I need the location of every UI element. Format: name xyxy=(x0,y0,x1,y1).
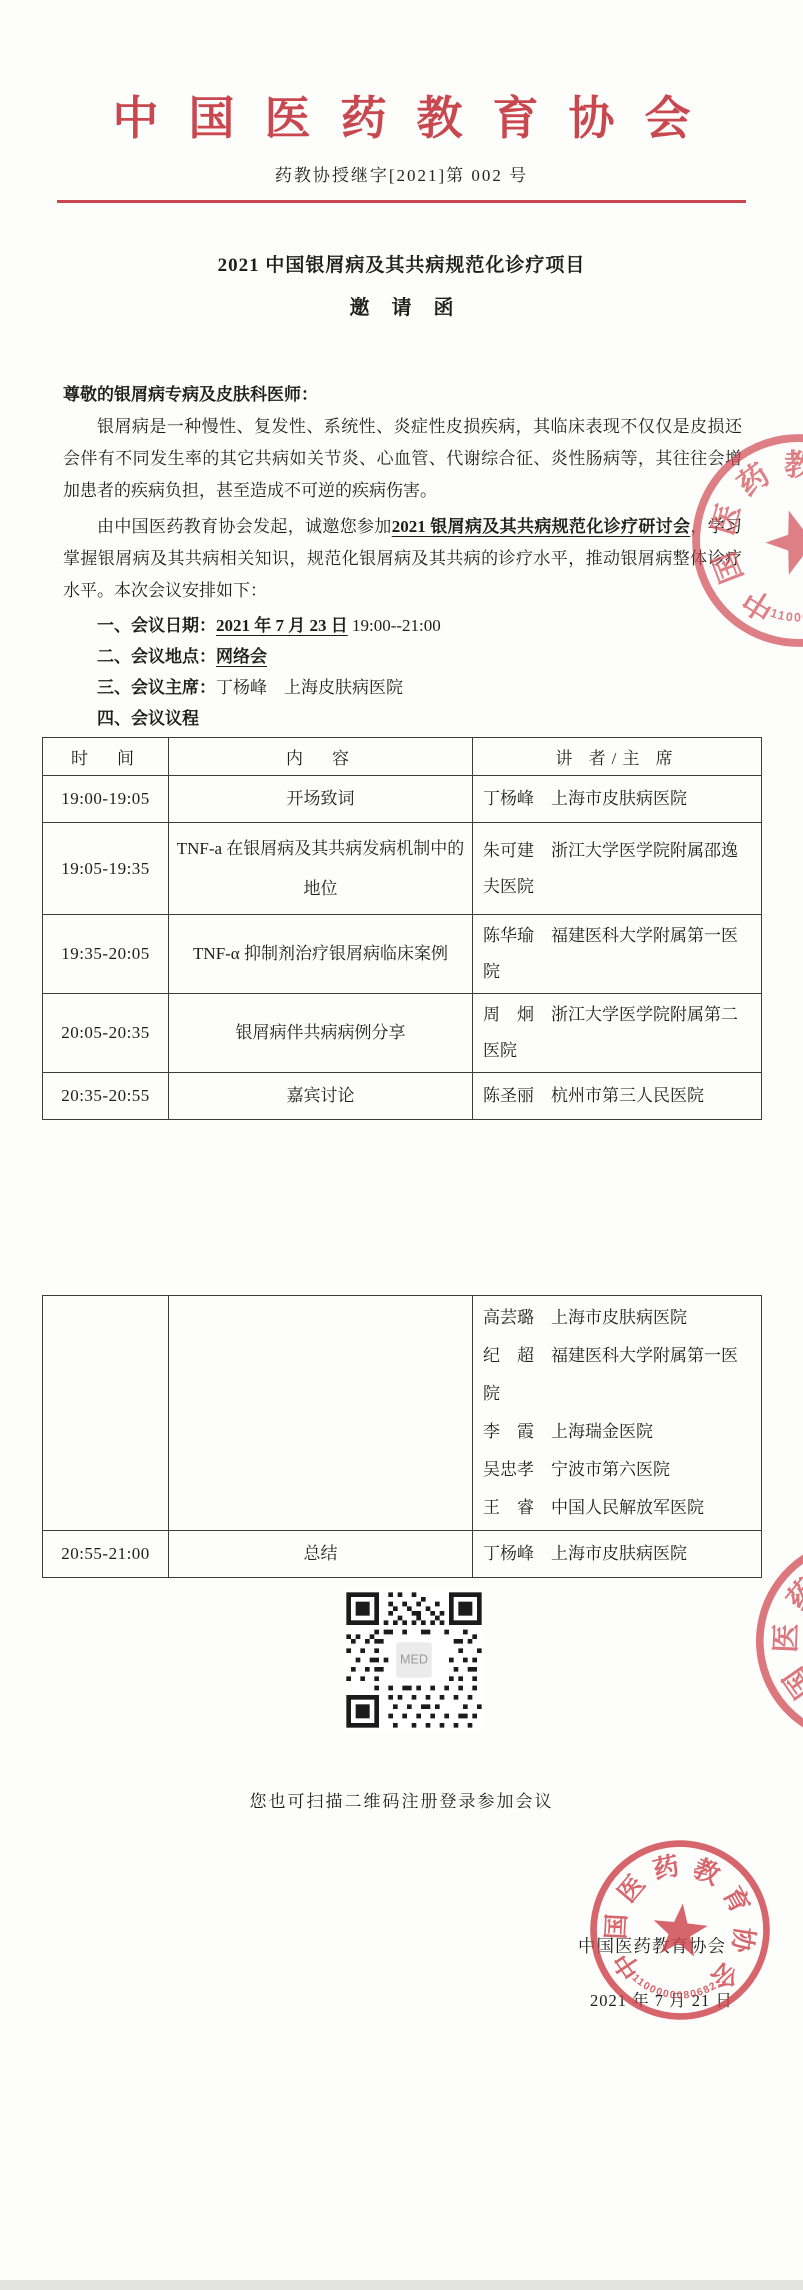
agenda-speaker: 周 炯 浙江大学医学院附属第二医院 xyxy=(473,994,762,1073)
agenda-content: 嘉宾讨论 xyxy=(169,1073,473,1120)
agenda-header-content: 内 容 xyxy=(169,738,473,776)
star-icon xyxy=(650,1901,709,1958)
svg-text:医: 医 xyxy=(706,500,747,539)
body-paragraph-2: 由中国医药教育协会发起，诚邀您参加2021 银屑病及其共病规范化诊疗研讨会，学习… xyxy=(63,511,742,607)
agenda-speaker: 丁杨峰 上海市皮肤病医院 xyxy=(473,776,762,823)
item-underlined-value: 2021 年 7 月 23 日 xyxy=(216,616,348,635)
agenda-speaker: 陈圣丽 杭州市第三人民医院 xyxy=(473,1073,762,1120)
agenda-speaker: 朱可建 浙江大学医学院附属邵逸夫医院 xyxy=(473,823,762,915)
meeting-item-location: 二、会议地点：网络会 xyxy=(97,643,742,671)
document-number: 药教协授继字[2021]第 002 号 xyxy=(0,164,803,188)
scan-bottom-edge xyxy=(0,2280,803,2290)
table-row: 19:35-20:05 TNF-α 抑制剂治疗银屑病临床案例 陈华瑜 福建医科大… xyxy=(43,915,762,994)
meeting-details: 一、会议日期：2021 年 7 月 23 日 19:00--21:00 二、会议… xyxy=(0,612,803,733)
official-seal-signature: 中 国 医 药 教 育 协 会 1100000080682 xyxy=(576,1826,785,2035)
meeting-item-date: 一、会议日期：2021 年 7 月 23 日 19:00--21:00 xyxy=(97,612,742,640)
table-row: 20:35-20:55 嘉宾讨论 陈圣丽 杭州市第三人民医院 xyxy=(43,1073,762,1120)
svg-text:国: 国 xyxy=(707,547,750,587)
svg-text:教: 教 xyxy=(784,448,803,482)
seal-serial: 1100000080682 xyxy=(628,1971,720,2005)
item-label: 四、会议议程 xyxy=(97,709,199,728)
agenda-time: 19:05-19:35 xyxy=(43,823,169,915)
underlined-conference-name: 2021 银屑病及其共病规范化诊疗研讨会 xyxy=(392,517,691,536)
item-label: 二、会议地点： xyxy=(97,647,216,666)
panel-speaker: 李 霞 上海瑞金医院 xyxy=(483,1413,751,1451)
panel-speaker: 高芸璐 上海市皮肤病医院 xyxy=(483,1299,751,1337)
qr-center-logo-text: MED xyxy=(400,1653,428,1667)
table-row: 19:00-19:05 开场致词 丁杨峰 上海市皮肤病医院 xyxy=(43,776,762,823)
agenda-content: 银屑病伴共病病例分享 xyxy=(169,994,473,1073)
svg-text:药: 药 xyxy=(731,457,776,502)
agenda-time: 20:55-21:00 xyxy=(43,1531,169,1578)
letterhead-org-name: 中国医药教育协会 xyxy=(0,0,803,152)
table-row: 20:55-21:00 总结 丁杨峰 上海市皮肤病医院 xyxy=(43,1531,762,1578)
item-label: 三、会议主席： xyxy=(97,678,216,697)
qr-caption: 您也可扫描二维码注册登录参加会议 xyxy=(0,1787,803,1812)
agenda-content: TNF-α 抑制剂治疗银屑病临床案例 xyxy=(169,915,473,994)
project-title: 2021 中国银屑病及其共病规范化诊疗项目 xyxy=(0,253,803,279)
agenda-header-time: 时 间 xyxy=(43,738,169,776)
svg-text:药: 药 xyxy=(650,1851,682,1885)
agenda-time-empty xyxy=(43,1296,169,1531)
panel-speaker: 吴忠孝 宁波市第六医院 xyxy=(483,1451,751,1489)
agenda-time: 19:00-19:05 xyxy=(43,776,169,823)
agenda-panel-speakers: 高芸璐 上海市皮肤病医院 纪 超 福建医科大学附属第一医院 李 霞 上海瑞金医院… xyxy=(473,1296,762,1531)
star-icon xyxy=(758,501,803,579)
table-row: 20:05-20:35 银屑病伴共病病例分享 周 炯 浙江大学医学院附属第二医院 xyxy=(43,994,762,1073)
agenda-time: 20:05-20:35 xyxy=(43,994,169,1073)
paragraph-text: 由中国医药教育协会发起，诚邀您参加 xyxy=(97,517,392,536)
letter-title: 邀请函 xyxy=(0,295,803,321)
item-value: 丁杨峰 上海皮肤病医院 xyxy=(216,678,403,697)
agenda-time: 19:35-20:05 xyxy=(43,915,169,994)
svg-text:国: 国 xyxy=(601,1913,631,1940)
letterhead-divider xyxy=(57,200,746,203)
table-row: 19:05-19:35 TNF-a 在银屑病及其共病发病机制中的地位 朱可建 浙… xyxy=(43,823,762,915)
agenda-content-empty xyxy=(169,1296,473,1531)
svg-text:育: 育 xyxy=(717,1881,756,1918)
item-label: 一、会议日期： xyxy=(97,616,216,635)
agenda-table: 时 间 内 容 讲 者/主 席 19:00-19:05 开场致词 丁杨峰 上海市… xyxy=(42,737,762,1120)
item-underlined-value: 网络会 xyxy=(216,647,267,666)
agenda-speaker: 丁杨峰 上海市皮肤病医院 xyxy=(473,1531,762,1578)
body-paragraph-1: 银屑病是一种慢性、复发性、系统性、炎症性皮损疾病，其临床表现不仅仅是皮损还会伴有… xyxy=(63,411,742,507)
qr-code-graphic: MED xyxy=(344,1590,484,1730)
svg-text:1100000080682: 1100000080682 xyxy=(628,1971,720,2005)
item-value: 19:00--21:00 xyxy=(348,616,441,635)
svg-text:医: 医 xyxy=(769,1623,803,1654)
invitation-letter-scan: 中国医药教育协会 药教协授继字[2021]第 002 号 2021 中国银屑病及… xyxy=(0,0,803,2290)
agenda-content: 开场致词 xyxy=(169,776,473,823)
salutation: 尊敬的银屑病专病及皮肤科医师： xyxy=(63,383,743,407)
svg-text:教: 教 xyxy=(689,1854,725,1891)
agenda-content: 总结 xyxy=(169,1531,473,1578)
agenda-header-speaker: 讲 者/主 席 xyxy=(473,738,762,776)
agenda-speaker: 陈华瑜 福建医科大学附属第一医院 xyxy=(473,915,762,994)
panel-speaker: 纪 超 福建医科大学附属第一医院 xyxy=(483,1337,751,1413)
qr-code: MED xyxy=(344,1590,484,1735)
panel-speaker: 王 睿 中国人民解放军医院 xyxy=(483,1489,751,1527)
agenda-time: 20:35-20:55 xyxy=(43,1073,169,1120)
table-row-panelists: 高芸璐 上海市皮肤病医院 纪 超 福建医科大学附属第一医院 李 霞 上海瑞金医院… xyxy=(43,1296,762,1531)
svg-text:协: 协 xyxy=(726,1925,759,1956)
meeting-item-agenda: 四、会议议程 xyxy=(97,705,742,733)
agenda-table-continued: 高芸璐 上海市皮肤病医院 纪 超 福建医科大学附属第一医院 李 霞 上海瑞金医院… xyxy=(42,1295,762,1578)
agenda-header-row: 时 间 内 容 讲 者/主 席 xyxy=(43,738,762,776)
agenda-content: TNF-a 在银屑病及其共病发病机制中的地位 xyxy=(169,823,473,915)
svg-text:医: 医 xyxy=(612,1869,651,1908)
meeting-item-chair: 三、会议主席：丁杨峰 上海皮肤病医院 xyxy=(97,674,742,702)
